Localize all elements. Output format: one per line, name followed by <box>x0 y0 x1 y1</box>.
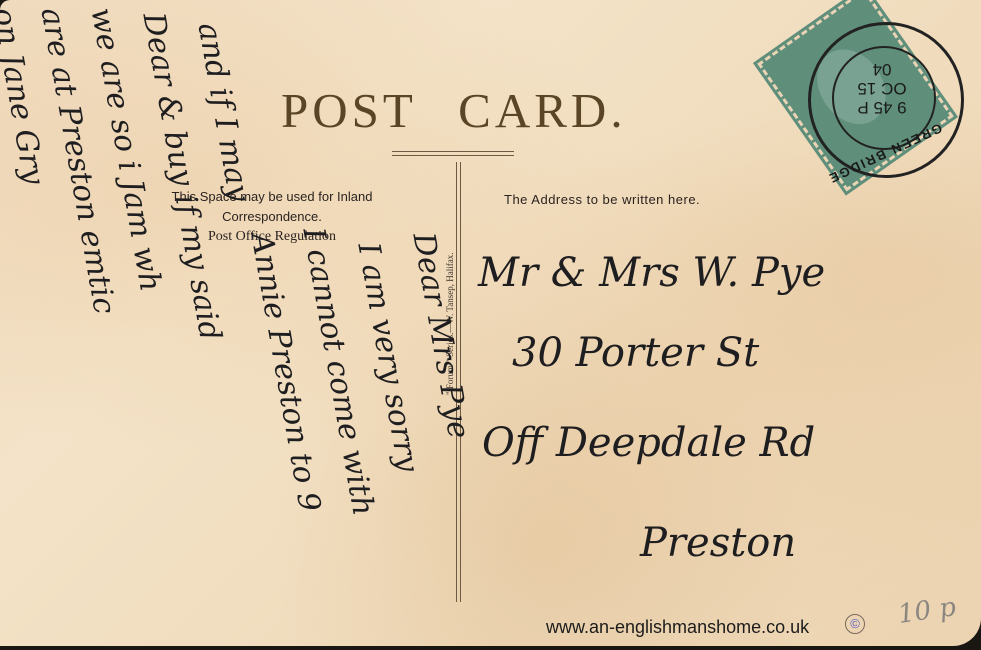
divider-top-rule-2 <box>392 155 514 156</box>
postcard-heading: POST CARD. <box>281 82 627 139</box>
postmark-date: 9 45 P OC 15 04 <box>842 60 922 117</box>
notice-line-1: This Space may be used for Inland <box>112 187 432 207</box>
message-salutation: Dear Mrs Pye <box>406 230 477 441</box>
postmark-year: 04 <box>842 60 922 79</box>
postmark-day: OC 15 <box>842 79 922 98</box>
address-line-3: Off Deepdale Rd <box>482 420 815 466</box>
address-line-2: 30 Porter St <box>512 330 759 376</box>
postcard-back: POST CARD. This Space may be used for In… <box>0 0 981 646</box>
address-line-4: Preston <box>640 520 796 566</box>
notice-line-2: Correspondence. <box>112 207 432 227</box>
copyright-icon: © <box>845 614 865 634</box>
address-notice: The Address to be written here. <box>504 192 700 207</box>
address-line-1: Mr & Mrs W. Pye <box>478 250 825 296</box>
divider-top-rule <box>392 151 514 152</box>
message-line: and if I may <box>191 20 257 204</box>
website-watermark: www.an-englishmanshome.co.uk <box>546 617 809 638</box>
pencil-price-note: 10 p <box>896 592 958 630</box>
postmark-time: 9 45 P <box>842 98 922 117</box>
